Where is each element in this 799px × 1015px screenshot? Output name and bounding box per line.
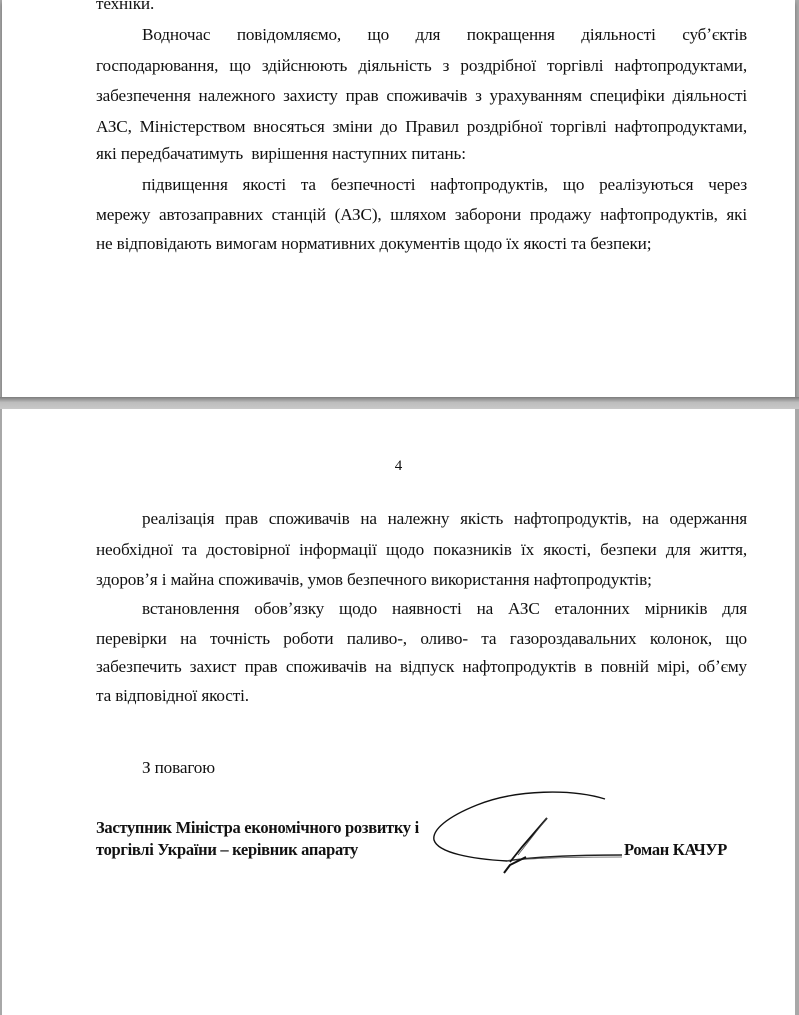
- text-line: реалізація прав споживачів на належну як…: [142, 509, 747, 529]
- text-line: мережу автозаправних станцій (АЗС), шлях…: [96, 205, 747, 225]
- text-line: техніки.: [96, 0, 747, 14]
- text-line: забезпечить захист прав споживачів на ві…: [96, 657, 747, 677]
- text-line: перевірки на точність роботи паливо-, ол…: [96, 629, 747, 649]
- text-line: здоровʼя і майна споживачів, умов безпеч…: [96, 570, 747, 590]
- signatory-name: Роман КАЧУР: [624, 840, 727, 860]
- page-separator: [0, 397, 799, 409]
- signatory-title-line2: торгівлі України – керівник апарату: [96, 839, 358, 860]
- text-line: не відповідають вимогам нормативних доку…: [96, 234, 747, 254]
- text-line: Водночас повідомляємо, що для покращення…: [142, 25, 747, 45]
- text-line: встановлення обовʼязку щодо наявності на…: [142, 599, 747, 619]
- signatory-title-line1: Заступник Міністра економічного розвитку…: [96, 817, 419, 838]
- document-page-4: 4 реалізація прав споживачів на належну …: [2, 409, 795, 1015]
- document-viewer[interactable]: техніки. Водночас повідомляємо, що для п…: [0, 0, 799, 1015]
- page-number: 4: [2, 458, 795, 475]
- text-line: АЗС, Міністерством вносяться зміни до Пр…: [96, 117, 747, 137]
- text-line: які передбачатимуть вирішення наступних …: [96, 144, 747, 164]
- document-page-3: техніки. Водночас повідомляємо, що для п…: [2, 0, 795, 397]
- handwritten-signature-icon: [422, 785, 622, 880]
- text-line: та відповідної якості.: [96, 686, 747, 706]
- text-line: господарювання, що здійснюють діяльність…: [96, 56, 747, 76]
- text-line: підвищення якості та безпечності нафтопр…: [142, 175, 747, 195]
- text-line: забезпечення належного захисту прав спож…: [96, 86, 747, 106]
- closing-text: З повагою: [142, 758, 747, 778]
- text-line: необхідної та достовірної інформації щод…: [96, 540, 747, 560]
